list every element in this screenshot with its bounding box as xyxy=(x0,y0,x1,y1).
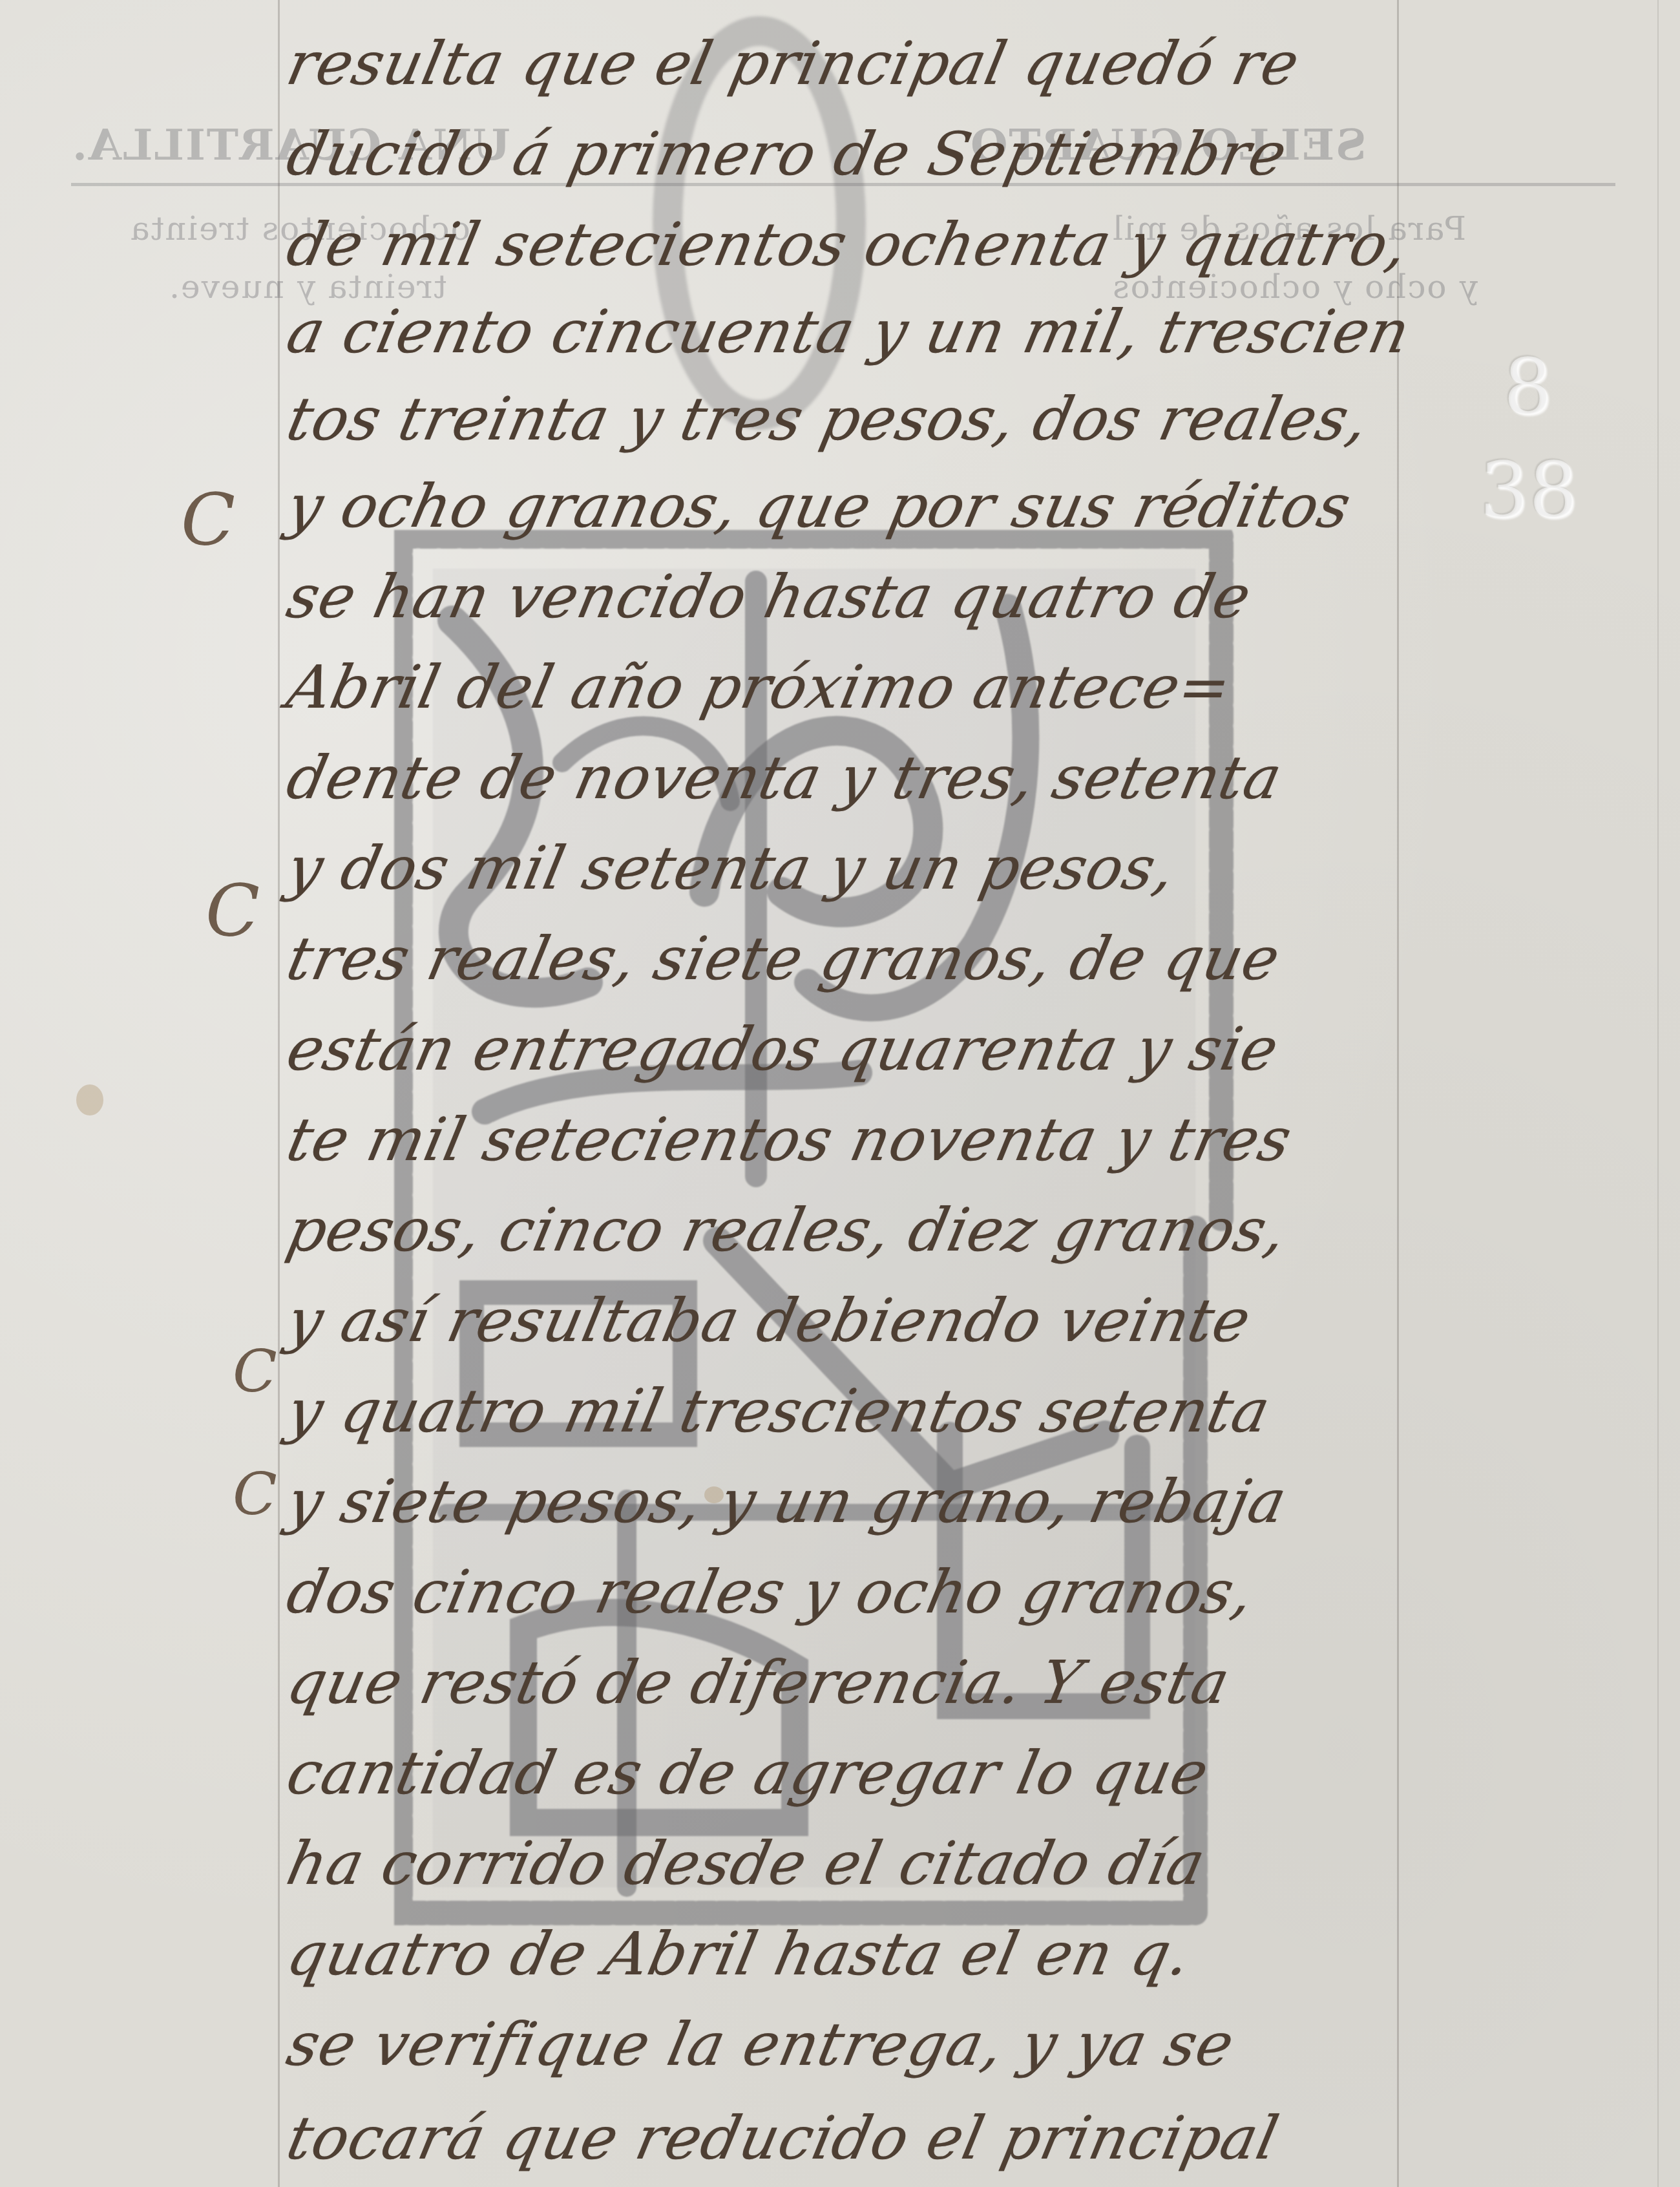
handwritten-line: ducido á primero de Septiembre xyxy=(281,120,1293,189)
manuscript-page: UNA CUARTILLA. SELLO CUARTO ochocientos … xyxy=(0,0,1680,2187)
handwritten-line: tocará que reducido el principal xyxy=(281,2104,1285,2173)
handwritten-line: ha corrido desde el citado día xyxy=(281,1829,1212,1898)
handwritten-line: a ciento cincuenta y un mil, trescien xyxy=(281,297,1416,366)
margin-mark-c: C xyxy=(233,1461,277,1528)
handwritten-line: y quatro mil trescientos setenta xyxy=(281,1377,1276,1446)
handwritten-line: tres reales, siete granos, de que xyxy=(281,924,1286,993)
margin-mark-c: C xyxy=(205,869,260,952)
handwritten-line: cantidad es de agregar lo que xyxy=(281,1738,1215,1808)
handwritten-line: se verifique la entrega, y ya se xyxy=(281,2010,1241,2079)
handwritten-line: dente de noventa y tres, setenta xyxy=(281,743,1288,812)
margin-mark-c: C xyxy=(233,1338,277,1406)
embossed-numeral-mark: 8 38 xyxy=(1480,336,1577,569)
left-ruled-margin xyxy=(278,0,280,2187)
handwritten-line: y así resultaba debiendo veinte xyxy=(281,1286,1257,1355)
handwritten-line: dos cinco reales y ocho granos, xyxy=(281,1558,1260,1627)
handwritten-line: Abril del año próximo antece= xyxy=(281,653,1237,722)
handwritten-line: tos treinta y tres pesos, dos reales, xyxy=(281,385,1375,454)
handwritten-line: te mil setecientos noventa y tres xyxy=(281,1105,1297,1174)
margin-mark-c: C xyxy=(181,478,235,561)
embossed-mark-bottom: 38 xyxy=(1480,439,1577,543)
embossed-mark-top: 8 xyxy=(1480,336,1577,439)
handwritten-line: de mil setecientos ochenta y quatro, xyxy=(281,210,1414,279)
handwritten-line: y siete pesos, y un grano, rebaja xyxy=(281,1467,1293,1536)
handwritten-line: están entregados quarenta y sie xyxy=(281,1015,1285,1084)
handwritten-line: que restó de diferencia. Y esta xyxy=(281,1648,1236,1717)
handwritten-line: y ocho granos, que por sus réditos xyxy=(281,472,1357,541)
handwritten-line: se han vencido hasta quatro de xyxy=(281,562,1257,631)
paper-stain xyxy=(76,1084,103,1115)
handwritten-line: y dos mil setenta y un pesos, xyxy=(281,834,1182,903)
handwritten-line: quatro de Abril hasta el en q. xyxy=(281,1919,1197,1989)
page-edge xyxy=(1657,0,1659,2187)
handwritten-line: pesos, cinco reales, diez granos, xyxy=(281,1196,1293,1265)
handwritten-line: resulta que el principal quedó re xyxy=(281,29,1306,98)
